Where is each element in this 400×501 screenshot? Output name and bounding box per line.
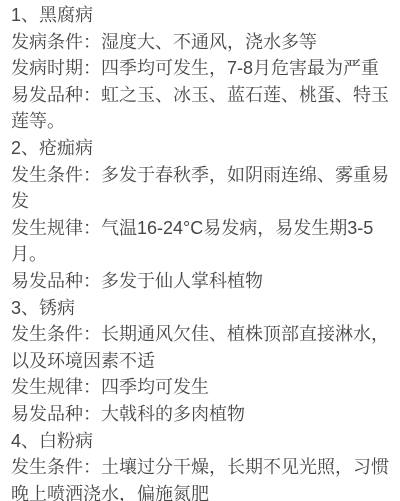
section-title-rust: 3、锈病 <box>11 295 390 322</box>
field-row: 易发品种：多发于仙人掌科植物 <box>11 268 390 295</box>
field-label: 易发品种： <box>11 271 101 291</box>
field-label: 易发品种： <box>11 404 101 424</box>
field-value: 多发于仙人掌科植物 <box>101 271 263 291</box>
field-row: 发生条件：多发于春秋季，如阴雨连绵、雾重易发 <box>11 162 390 215</box>
field-label: 发生条件： <box>11 165 101 185</box>
field-row: 发病时期：四季均可发生，7-8月危害最为严重 <box>11 55 390 82</box>
field-row: 发病条件：湿度大、不通风，浇水多等 <box>11 29 390 56</box>
field-row: 发生条件：长期通风欠佳、植株顶部直接淋水，以及环境因素不适 <box>11 321 390 374</box>
field-label: 发病时期： <box>11 58 101 78</box>
field-row: 发生规律：四季均可发生 <box>11 374 390 401</box>
field-label: 发生规律： <box>11 377 101 397</box>
field-label: 发生规律： <box>11 218 101 238</box>
section-title-scab: 2、疮痂病 <box>11 135 390 162</box>
field-row: 易发品种：虹之玉、冰玉、蓝石莲、桃蛋、特玉莲等。 <box>11 82 390 135</box>
field-value: 四季均可发生 <box>101 377 209 397</box>
section-title-powdery-mildew: 4、白粉病 <box>11 428 390 455</box>
field-label: 易发品种： <box>11 85 101 105</box>
field-label: 发病条件： <box>11 32 101 52</box>
field-value: 大戟科的多肉植物 <box>101 404 245 424</box>
section-title-black-rot: 1、黑腐病 <box>11 2 390 29</box>
disease-document: 1、黑腐病 发病条件：湿度大、不通风，浇水多等 发病时期：四季均可发生，7-8月… <box>0 0 400 501</box>
field-row: 发生条件：土壤过分干燥，长期不见光照，习惯晚上喷洒浇水，偏施氮肥 <box>11 454 390 501</box>
field-label: 发生条件： <box>11 324 101 344</box>
field-value: 四季均可发生，7-8月危害最为严重 <box>101 58 379 78</box>
field-label: 发生条件： <box>11 457 101 477</box>
field-row: 发生规律：气温16-24°C易发病，易发生期3-5月。 <box>11 215 390 268</box>
field-value: 湿度大、不通风，浇水多等 <box>101 32 317 52</box>
field-row: 易发品种：大戟科的多肉植物 <box>11 401 390 428</box>
